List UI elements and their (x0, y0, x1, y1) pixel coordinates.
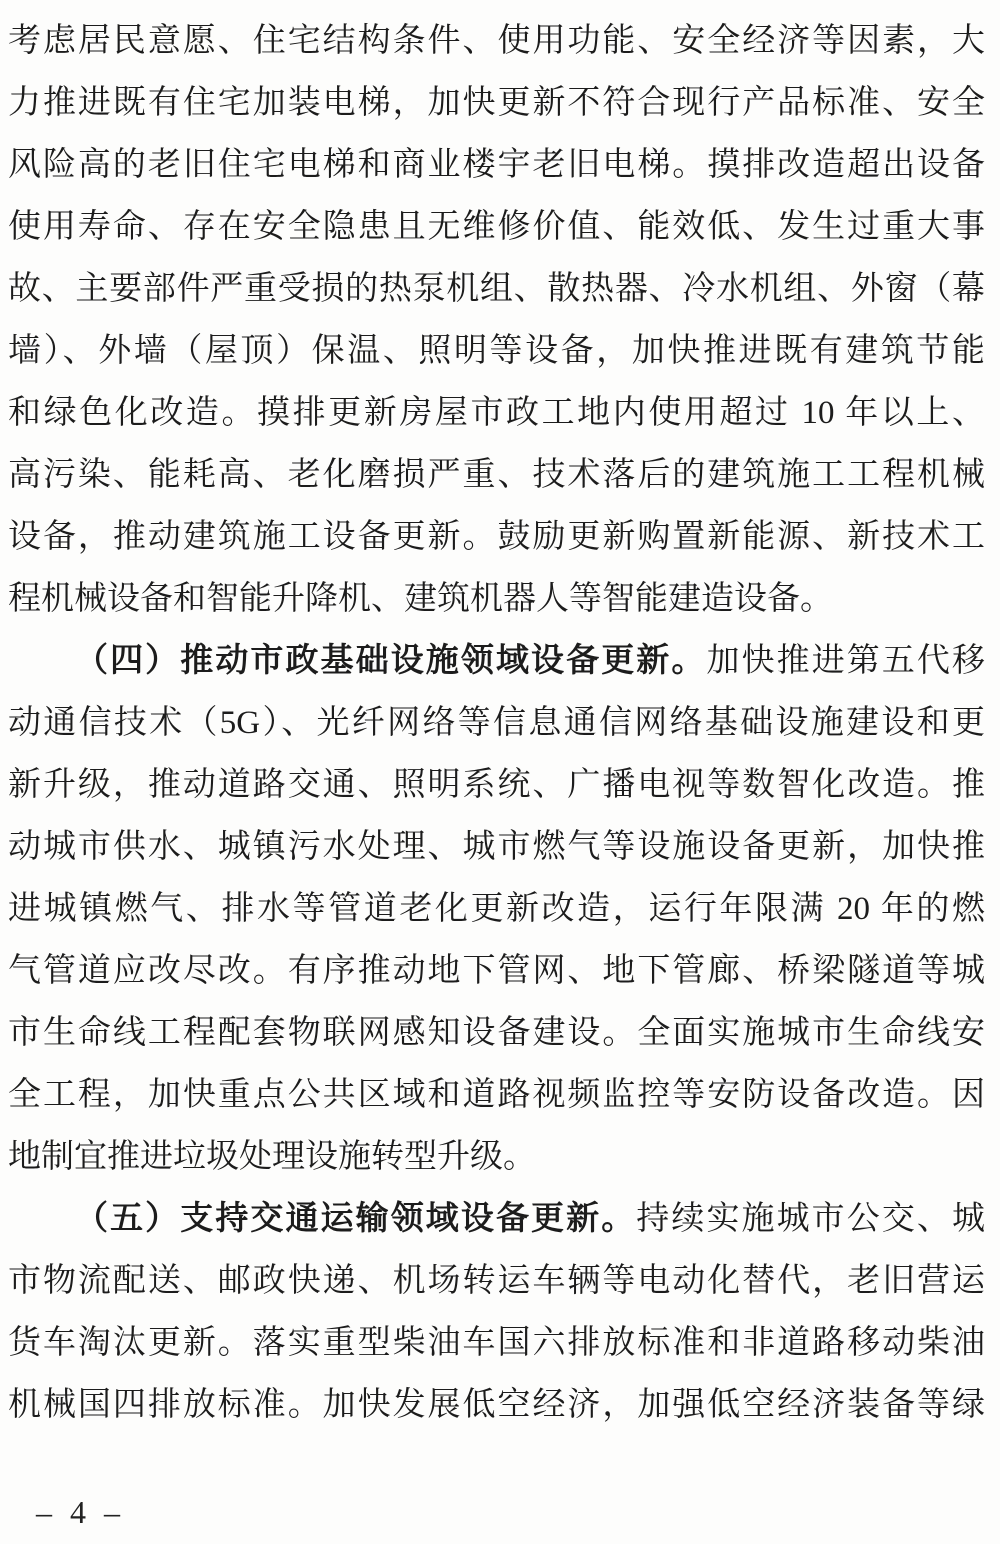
body-text-segment: 市生命线工程配套物联网感知设备建设。全面实施城市生命线安 (8, 1015, 985, 1051)
body-text-segment: 风险高的老旧住宅电梯和商业楼宇老旧电梯。摸排改造超出设备 (8, 147, 985, 183)
body-text-segment: 货车淘汰更新。落实重型柴油车国六排放标准和非道路移动柴油 (8, 1325, 985, 1361)
text-line: 市物流配送、邮政快递、机场转运车辆等电动化替代，老旧营运 (8, 1250, 985, 1312)
text-line: （四）推动市政基础设施领域设备更新。加快推进第五代移 (8, 630, 985, 692)
document-page: 考虑居民意愿、住宅结构条件、使用功能、安全经济等因素，大力推进既有住宅加装电梯，… (0, 0, 1000, 1544)
text-line: 地制宜推进垃圾处理设施转型升级。 (8, 1126, 985, 1188)
body-text-segment: 故、主要部件严重受损的热泵机组、散热器、冷水机组、外窗（幕 (8, 271, 985, 307)
text-line: 风险高的老旧住宅电梯和商业楼宇老旧电梯。摸排改造超出设备 (8, 134, 985, 196)
body-text-segment: 墙）、外墙（屋顶）保温、照明等设备，加快推进既有建筑节能 (8, 333, 985, 369)
text-line: 进城镇燃气、排水等管道老化更新改造，运行年限满 20 年的燃 (8, 878, 985, 940)
body-text-segment: 动城市供水、城镇污水处理、城市燃气等设施设备更新，加快推 (8, 829, 985, 865)
text-line: 墙）、外墙（屋顶）保温、照明等设备，加快推进既有建筑节能 (8, 320, 985, 382)
text-line: （五）支持交通运输领域设备更新。持续实施城市公交、城 (8, 1188, 985, 1250)
text-line: 动城市供水、城镇污水处理、城市燃气等设施设备更新，加快推 (8, 816, 985, 878)
text-line: 力推进既有住宅加装电梯，加快更新不符合现行产品标准、安全 (8, 72, 985, 134)
body-text-segment: 动通信技术（5G）、光纤网络等信息通信网络基础设施建设和更 (8, 705, 985, 741)
body-text-segment: 地制宜推进垃圾处理设施转型升级。 (8, 1139, 536, 1175)
text-line: 使用寿命、存在安全隐患且无维修价值、能效低、发生过重大事 (8, 196, 985, 258)
text-line: 和绿色化改造。摸排更新房屋市政工地内使用超过 10 年以上、 (8, 382, 985, 444)
body-text-segment: 和绿色化改造。摸排更新房屋市政工地内使用超过 10 年以上、 (8, 395, 985, 431)
page-number: – 4 – (36, 1494, 125, 1531)
text-line: 高污染、能耗高、老化磨损严重、技术落后的建筑施工工程机械 (8, 444, 985, 506)
text-line: 货车淘汰更新。落实重型柴油车国六排放标准和非道路移动柴油 (8, 1312, 985, 1374)
text-line: 机械国四排放标准。加快发展低空经济，加强低空经济装备等绿 (8, 1374, 985, 1436)
body-text-segment: 加快推进第五代移 (706, 643, 985, 679)
text-line: 气管道应改尽改。有序推动地下管网、地下管廊、桥梁隧道等城 (8, 940, 985, 1002)
body-text-segment: 新升级，推动道路交通、照明系统、广播电视等数智化改造。推 (8, 767, 985, 803)
text-line: 考虑居民意愿、住宅结构条件、使用功能、安全经济等因素，大 (8, 10, 985, 72)
body-text-segment: 气管道应改尽改。有序推动地下管网、地下管廊、桥梁隧道等城 (8, 953, 985, 989)
body-text-segment: 机械国四排放标准。加快发展低空经济，加强低空经济装备等绿 (8, 1387, 985, 1423)
body-text-segment: 高污染、能耗高、老化磨损严重、技术落后的建筑施工工程机械 (8, 457, 985, 493)
section-heading-segment: （五）支持交通运输领域设备更新。 (75, 1201, 636, 1237)
text-line: 动通信技术（5G）、光纤网络等信息通信网络基础设施建设和更 (8, 692, 985, 754)
body-text-segment: 全工程，加快重点公共区域和道路视频监控等安防设备改造。因 (8, 1077, 985, 1113)
text-line: 全工程，加快重点公共区域和道路视频监控等安防设备改造。因 (8, 1064, 985, 1126)
body-text-segment: 进城镇燃气、排水等管道老化更新改造，运行年限满 20 年的燃 (8, 891, 985, 927)
document-body: 考虑居民意愿、住宅结构条件、使用功能、安全经济等因素，大力推进既有住宅加装电梯，… (8, 10, 985, 1436)
body-text-segment: 程机械设备和智能升降机、建筑机器人等智能建造设备。 (8, 581, 833, 617)
text-line: 故、主要部件严重受损的热泵机组、散热器、冷水机组、外窗（幕 (8, 258, 985, 320)
body-text-segment: 使用寿命、存在安全隐患且无维修价值、能效低、发生过重大事 (8, 209, 985, 245)
text-line: 市生命线工程配套物联网感知设备建设。全面实施城市生命线安 (8, 1002, 985, 1064)
body-text-segment: 考虑居民意愿、住宅结构条件、使用功能、安全经济等因素，大 (8, 23, 985, 59)
text-line: 程机械设备和智能升降机、建筑机器人等智能建造设备。 (8, 568, 985, 630)
body-text-segment: 力推进既有住宅加装电梯，加快更新不符合现行产品标准、安全 (8, 85, 985, 121)
section-heading-segment: （四）推动市政基础设施领域设备更新。 (75, 643, 706, 679)
body-text-segment: 持续实施城市公交、城 (636, 1201, 985, 1237)
body-text-segment: 设备，推动建筑施工设备更新。鼓励更新购置新能源、新技术工 (8, 519, 985, 555)
text-line: 设备，推动建筑施工设备更新。鼓励更新购置新能源、新技术工 (8, 506, 985, 568)
body-text-segment: 市物流配送、邮政快递、机场转运车辆等电动化替代，老旧营运 (8, 1263, 985, 1299)
text-line: 新升级，推动道路交通、照明系统、广播电视等数智化改造。推 (8, 754, 985, 816)
